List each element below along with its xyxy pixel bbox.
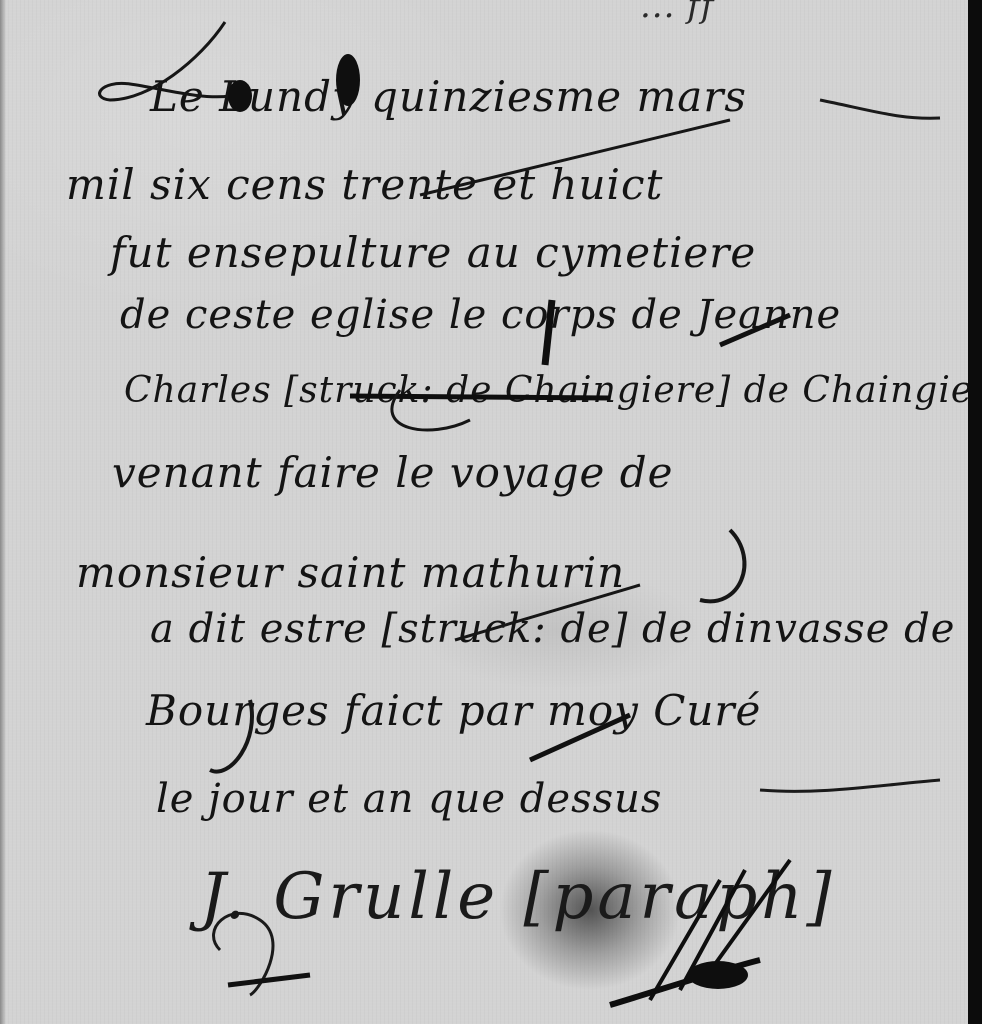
manuscript-line-3: fut ensepulture au cymetiere: [110, 228, 756, 277]
manuscript-line-5: Charles [struck: de Chaingiere] de Chain…: [124, 370, 982, 411]
signature: J. Grulle [paraph]: [200, 860, 835, 934]
manuscript-line-9: Bourges faict par moy Curé: [146, 686, 761, 735]
manuscript-line-8: a dit estre [struck: de] de dinvasse de: [150, 606, 955, 652]
manuscript-line-6: venant faire le voyage de: [112, 448, 674, 497]
manuscript-line-7: monsieur saint mathurin: [76, 548, 625, 597]
manuscript-line-1: Le Lundy quinziesme mars: [150, 72, 747, 121]
manuscript-line-10: le jour et an que dessus: [156, 776, 662, 822]
manuscript-line-4: de ceste eglise le corps de Jeanne: [120, 292, 841, 338]
page-left-edge: [0, 0, 6, 1024]
manuscript-page: ... ff Le Lundy quinziesme mars mil six …: [0, 0, 971, 1024]
page-right-shadow: [968, 0, 982, 1024]
top-fragment: ... ff: [640, 0, 714, 26]
manuscript-line-2: mil six cens trente et huict: [66, 160, 663, 209]
